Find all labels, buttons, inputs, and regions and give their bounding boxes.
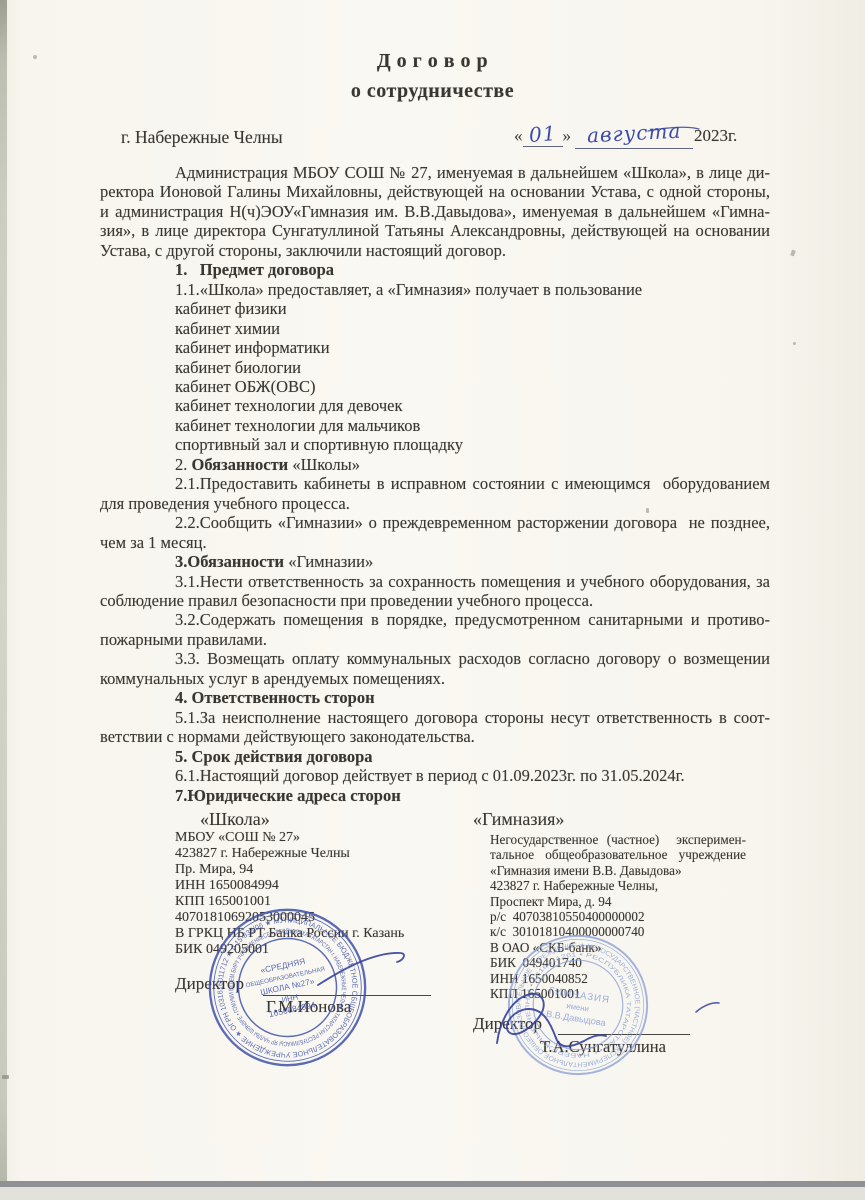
- signature-flourish: [696, 1003, 719, 1012]
- handwritten-day: 01: [528, 121, 557, 147]
- school-requisite-line: КПП 165001001: [175, 894, 415, 910]
- section-header-1: 1. Предмет договора: [100, 260, 770, 279]
- school-requisite-line: В ГРКЦ НБ РТ Банка России г. Казань: [175, 926, 415, 942]
- svg-text:В.В.Давыдова: В.В.Давыдова: [545, 1009, 607, 1028]
- scan-speck: [33, 55, 37, 59]
- school-requisites: МБОУ «СОШ № 27» 423827 г. Набережные Чел…: [175, 830, 415, 958]
- body-line: 1.1.«Школа» предоставляет, а «Гимназия» …: [100, 280, 770, 299]
- scan-speck: [790, 249, 796, 256]
- school-director-label: Директор: [175, 974, 244, 994]
- body-line: 6.1.Настоящий договор действует в период…: [100, 766, 770, 785]
- gym-requisite-line: к/с 30101810400000000740: [490, 924, 746, 939]
- list-item: спортивный зал и спортивную площадку: [100, 435, 770, 454]
- svg-text:ОБЩЕОБРАЗОВАТЕЛЬНАЯ: ОБЩЕОБРАЗОВАТЕЛЬНАЯ: [245, 966, 325, 990]
- list-item: кабинет химии: [100, 319, 770, 338]
- school-column-header: «Школа»: [200, 809, 270, 830]
- gym-director-name: Т.А.Сунгатуллина: [540, 1037, 666, 1057]
- body-line: 3.1.Нести ответственность за сохранность…: [100, 572, 770, 591]
- body-line: Администрация МБОУ СОШ № 27, именуемая в…: [100, 163, 770, 182]
- svg-text:имени: имени: [566, 1001, 590, 1013]
- year-label: 2023г.: [694, 126, 737, 146]
- scan-speck: [2, 1075, 9, 1079]
- body-line: 2.2.Сообщить «Гимназии» о преждевременно…: [100, 513, 770, 532]
- gym-requisite-line: тальное общеобразовательное учреждение: [490, 847, 746, 862]
- school-requisite-line: Пр. Мира, 94: [175, 862, 415, 878]
- gym-requisite-line: В ОАО «СКБ-банк»: [490, 940, 746, 955]
- body-line: ветствии с нормами действующего законода…: [100, 727, 770, 746]
- city-label: г. Набережные Челны: [121, 127, 283, 148]
- body-line: зия», в лице директора Сунгатуллиной Тат…: [100, 221, 770, 240]
- list-item: кабинет информатики: [100, 338, 770, 357]
- scan-bottom-margin: [0, 1187, 865, 1200]
- gym-requisite-line: КПП 165001001: [490, 986, 746, 1001]
- open-quote: «: [514, 126, 523, 146]
- gym-column-header: «Гимназия»: [473, 809, 564, 830]
- body-line: и администрация Н(ч)ЭОУ«Гимназия им. В.В…: [100, 202, 770, 221]
- month-underline: августа: [575, 122, 693, 149]
- body-line: 2.1.Предоставить кабинеты в исправном со…: [100, 474, 770, 493]
- gym-requisite-line: БИК 049401740: [490, 955, 746, 970]
- list-item: кабинет технологии для мальчиков: [100, 416, 770, 435]
- scan-speck: [793, 342, 796, 345]
- school-seal-center-text: «СРЕДНЯЯ: [260, 956, 307, 975]
- gym-requisite-line: 423827 г. Набережные Челны,: [490, 878, 746, 893]
- school-requisite-line: 423827 г. Набережные Челны: [175, 846, 415, 862]
- body-line: ректора Ионовой Галины Михайловны, дейст…: [100, 182, 770, 201]
- body-line: коммунальных услуг в арендуемых помещени…: [100, 669, 770, 688]
- gym-requisite-line: ИНН 1650040852: [490, 971, 746, 986]
- day-underline: 01: [523, 122, 563, 147]
- body-line: чем за 1 месяц.: [100, 533, 770, 552]
- list-item: кабинет физики: [100, 299, 770, 318]
- section-header-2: 2. Обязанности «Школы»: [100, 455, 770, 474]
- body-line: соблюдение правил безопасности при прове…: [100, 591, 770, 610]
- body-line: 5.1.За неисполнение настоящего договора …: [100, 708, 770, 727]
- body-line: 3.3. Возмещать оплату коммунальных расхо…: [100, 649, 770, 668]
- gym-requisite-line: «Гимназия имени В.В. Давыдова»: [490, 863, 746, 878]
- school-director-name: Г.М.Ионова: [266, 997, 351, 1017]
- date-field: «01»августа2023г.: [514, 122, 737, 152]
- close-quote: »: [563, 126, 572, 146]
- scanned-contract-page: Д о г о в о р о сотрудничестве г. Набере…: [0, 0, 865, 1200]
- body-line: Устава, с другой стороны, заключили наст…: [100, 241, 770, 260]
- school-signature-line: [263, 995, 431, 996]
- list-item: кабинет биологии: [100, 358, 770, 377]
- list-item: кабинет ОБЖ(ОВС): [100, 377, 770, 396]
- gym-requisite-line: Негосударственное (частное) эксперимен-: [490, 832, 746, 847]
- contract-body: Администрация МБОУ СОШ № 27, именуемая в…: [100, 163, 770, 805]
- document-title: Д о г о в о р: [0, 50, 865, 73]
- body-line: пожарными правилами.: [100, 630, 770, 649]
- list-item: кабинет технологии для девочек: [100, 396, 770, 415]
- section-header-7: 7.Юридические адреса сторон: [100, 786, 770, 805]
- school-requisite-line: МБОУ «СОШ № 27»: [175, 830, 415, 846]
- svg-text:ШКОЛА №27»: ШКОЛА №27»: [259, 976, 315, 997]
- scan-left-edge: [0, 0, 7, 1200]
- body-line: 3.2.Содержать помещения в порядке, преду…: [100, 610, 770, 629]
- gym-requisite-line: Проспект Мира, д. 94: [490, 894, 746, 909]
- school-requisite-line: БИК 049205001: [175, 942, 415, 958]
- section-header-3: 3.Обязанности «Гимназии»: [100, 552, 770, 571]
- gym-signature-line: [558, 1034, 690, 1035]
- gym-director-label: Директор: [473, 1014, 542, 1034]
- body-line: для проведения учебного процесса.: [100, 494, 770, 513]
- gym-requisites: Негосударственное (частное) эксперимен- …: [490, 832, 746, 1001]
- handwritten-month: августа: [586, 119, 682, 148]
- section-header-4: 4. Ответственность сторон: [100, 688, 770, 707]
- gym-requisite-line: р/с 40703810550400000002: [490, 909, 746, 924]
- document-subtitle: о сотрудничестве: [0, 80, 865, 103]
- scan-speck: [646, 508, 649, 513]
- school-requisite-line: ИНН 1650084994: [175, 878, 415, 894]
- scan-speck: [222, 345, 225, 348]
- school-requisite-line: 40701810692053000045: [175, 910, 415, 926]
- section-header-5: 5. Срок действия договора: [100, 747, 770, 766]
